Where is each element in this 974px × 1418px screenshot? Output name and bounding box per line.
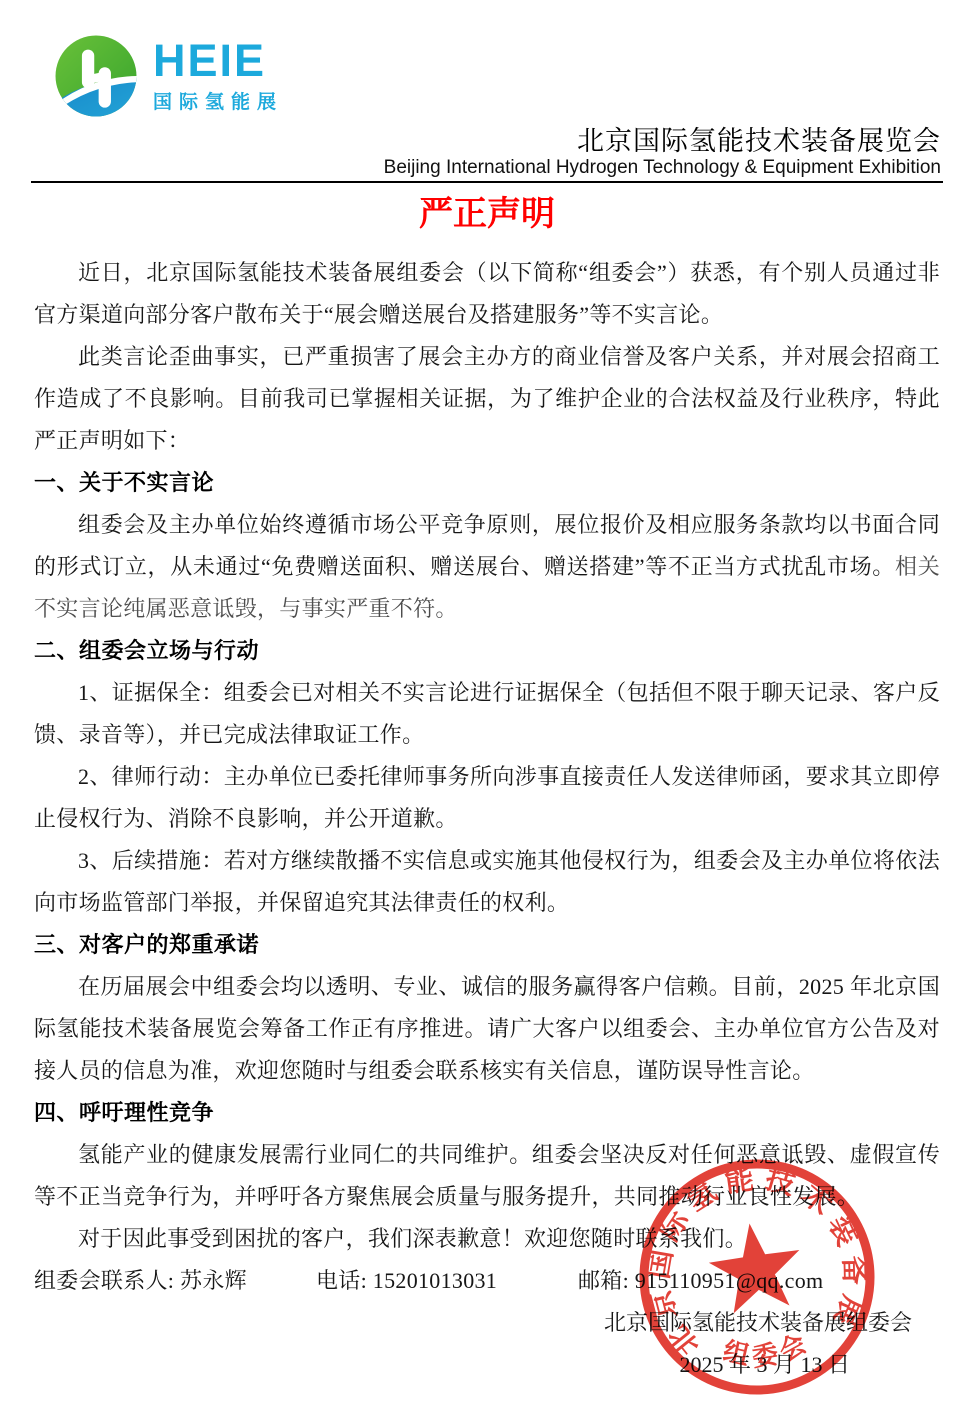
signature-line: 北京国际氢能技术装备展组委会 — [34, 1302, 940, 1344]
letterhead-title-en: Beijing International Hydrogen Technolog… — [384, 156, 941, 179]
contact-phone: 电话: 15201013031 — [316, 1260, 578, 1302]
section-2-item-3: 3、后续措施：若对方继续散播不实信息或实施其他侵权行为，组委会及主办单位将依法向… — [34, 840, 940, 924]
apology-paragraph: 对于因此事受到困扰的客户，我们深表歉意！欢迎您随时联系我们。 — [34, 1218, 940, 1260]
section-3-paragraph: 在历届展会中组委会均以透明、专业、诚信的服务赢得客户信赖。目前，2025 年北京… — [34, 966, 940, 1092]
document-body: 严正声明 近日，北京国际氢能技术装备展组委会（以下简称“组委会”）获悉，有个别人… — [34, 188, 940, 1386]
section-4-heading: 四、呼吁理性竞争 — [34, 1092, 940, 1134]
contact-person: 组委会联系人: 苏永辉 — [34, 1260, 316, 1302]
heie-logo-mark-icon — [52, 32, 140, 120]
contact-row: 组委会联系人: 苏永辉 电话: 15201013031 邮箱: 91511095… — [34, 1260, 940, 1302]
section-1-paragraph: 组委会及主办单位始终遵循市场公平竞争原则，展位报价及相应服务条款均以书面合同的形… — [34, 504, 940, 630]
letterhead-divider — [31, 181, 943, 183]
date-line: 2025 年 3 月 13 日 — [34, 1344, 940, 1386]
section-2-heading: 二、组委会立场与行动 — [34, 630, 940, 672]
logo-subtitle-text: 国际氢能展 — [153, 87, 283, 114]
section-3-heading: 三、对客户的郑重承诺 — [34, 924, 940, 966]
section-2-item-1: 1、证据保全：组委会已对相关不实言论进行证据保全（包括但不限于聊天记录、客户反馈… — [34, 672, 940, 756]
section-2-item-2: 2、律师行动：主办单位已委托律师事务所向涉事直接责任人发送律师函，要求其立即停止… — [34, 756, 940, 840]
logo-brand-text: HEIE — [153, 39, 283, 83]
logo-wordmark: HEIE 国际氢能展 — [153, 39, 283, 114]
contact-email: 邮箱: 915110951@qq.com — [578, 1260, 823, 1302]
letterhead-title-cn: 北京国际氢能技术装备展览会 — [384, 126, 941, 156]
letterhead: 北京国际氢能技术装备展览会 Beijing International Hydr… — [384, 126, 941, 179]
intro-paragraph-2: 此类言论歪曲事实，已严重损害了展会主办方的商业信誉及客户关系，并对展会招商工作造… — [34, 336, 940, 462]
section-1-heading: 一、关于不实言论 — [34, 462, 940, 504]
document-title: 严正声明 — [34, 192, 940, 238]
section-1-body: 组委会及主办单位始终遵循市场公平竞争原则，展位报价及相应服务条款均以书面合同的形… — [34, 512, 940, 579]
statement-document-page: HEIE 国际氢能展 北京国际氢能技术装备展览会 Beijing Interna… — [0, 0, 974, 1418]
heie-logo: HEIE 国际氢能展 — [52, 32, 283, 120]
intro-paragraph-1: 近日，北京国际氢能技术装备展组委会（以下简称“组委会”）获悉，有个别人员通过非官… — [34, 252, 940, 336]
section-4-paragraph: 氢能产业的健康发展需行业同仁的共同维护。组委会坚决反对任何恶意诋毁、虚假宣传等不… — [34, 1134, 940, 1218]
